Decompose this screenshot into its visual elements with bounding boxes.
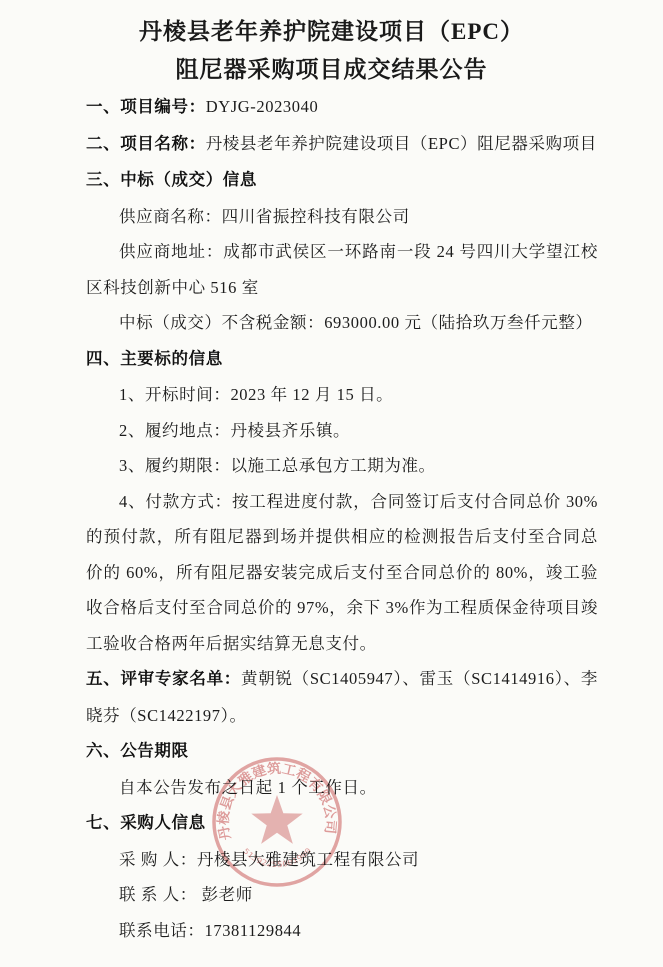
section-heading-value: DYJG-2023040 <box>206 97 319 116</box>
section-1: 一、项目编号：DYJG-2023040 <box>86 89 598 126</box>
document-sections: 一、项目编号：DYJG-2023040二、项目名称：丹棱县老年养护院建设项目（E… <box>86 89 598 948</box>
section-paragraph: 联系电话：17381129844 <box>86 913 598 949</box>
section-heading: 七、采购人信息 <box>86 805 598 842</box>
section-heading: 六、公告期限 <box>86 733 598 770</box>
section-heading: 一、项目编号：DYJG-2023040 <box>86 89 598 126</box>
section-heading: 三、中标（成交）信息 <box>86 162 598 199</box>
section-2: 二、项目名称：丹棱县老年养护院建设项目（EPC）阻尼器采购项目 <box>86 126 598 163</box>
section-paragraph: 联 系 人： 彭老师 <box>86 877 598 913</box>
section-paragraph: 供应商地址：成都市武侯区一环路南一段 24 号四川大学望江校区科技创新中心 51… <box>86 234 598 305</box>
section-7: 七、采购人信息采 购 人：丹棱县大雅建筑工程有限公司联 系 人： 彭老师联系电话… <box>86 805 598 948</box>
section-paragraph: 1、开标时间：2023 年 12 月 15 日。 <box>86 377 598 413</box>
section-paragraph: 3、履约期限：以施工总承包方工期为准。 <box>86 448 598 484</box>
section-heading-label: 六、公告期限 <box>86 742 189 760</box>
section-heading-label: 七、采购人信息 <box>86 814 206 832</box>
section-heading: 二、项目名称：丹棱县老年养护院建设项目（EPC）阻尼器采购项目 <box>86 126 598 163</box>
section-heading-value: 丹棱县老年养护院建设项目（EPC）阻尼器采购项目 <box>206 134 597 153</box>
section-paragraph: 4、付款方式：按工程进度付款，合同签订后支付合同总价 30%的预付款，所有阻尼器… <box>86 484 598 662</box>
section-paragraph: 2、履约地点：丹棱县齐乐镇。 <box>86 413 598 449</box>
section-heading-label: 四、主要标的信息 <box>86 350 223 368</box>
section-3: 三、中标（成交）信息供应商名称：四川省振控科技有限公司供应商地址：成都市武侯区一… <box>86 162 598 341</box>
section-paragraph: 供应商名称：四川省振控科技有限公司 <box>86 199 598 235</box>
section-heading: 四、主要标的信息 <box>86 341 598 378</box>
document-page: 丹棱县老年养护院建设项目（EPC） 阻尼器采购项目成交结果公告 一、项目编号：D… <box>0 0 663 967</box>
page-title-line2: 阻尼器采购项目成交结果公告 <box>0 51 663 89</box>
document-title: 丹棱县老年养护院建设项目（EPC） 阻尼器采购项目成交结果公告 <box>0 0 663 89</box>
section-paragraph: 自本公告发布之日起 1 个工作日。 <box>86 770 598 806</box>
page-title-line1: 丹棱县老年养护院建设项目（EPC） <box>0 13 663 51</box>
section-paragraph: 采 购 人：丹棱县大雅建筑工程有限公司 <box>86 842 598 878</box>
section-6: 六、公告期限自本公告发布之日起 1 个工作日。 <box>86 733 598 805</box>
section-paragraph: 中标（成交）不含税金额：693000.00 元（陆拾玖万叁仟元整） <box>86 305 598 341</box>
section-heading-label: 二、项目名称： <box>86 135 206 153</box>
section-heading-label: 三、中标（成交）信息 <box>86 171 257 189</box>
section-5: 五、评审专家名单：黄朝锐（SC1405947）、雷玉（SC1414916）、李晓… <box>86 661 598 733</box>
section-heading-label: 一、项目编号： <box>86 98 206 116</box>
section-heading: 五、评审专家名单：黄朝锐（SC1405947）、雷玉（SC1414916）、李晓… <box>86 661 598 733</box>
section-heading-label: 五、评审专家名单： <box>86 670 241 688</box>
section-4: 四、主要标的信息1、开标时间：2023 年 12 月 15 日。2、履约地点：丹… <box>86 341 598 662</box>
